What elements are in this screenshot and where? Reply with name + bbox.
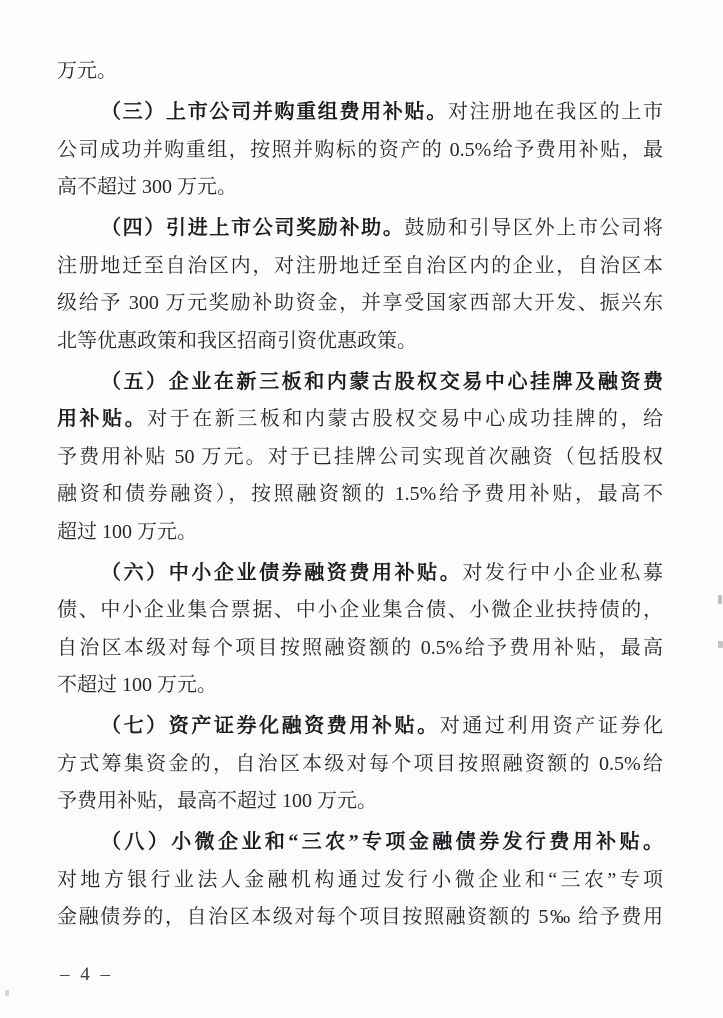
body-text: 级给予 300 万元奖励补助资金，并享受国家西部大开发、振兴东 <box>57 292 663 314</box>
scan-artifact <box>5 990 9 996</box>
text-line: 级给予 300 万元奖励补助资金，并享受国家西部大开发、振兴东 <box>57 285 663 323</box>
text-line: 北等优惠政策和我区招商引资优惠政策。 <box>57 323 663 361</box>
section-heading-text: （七）资产证券化融资费用补贴。 <box>101 715 440 737</box>
section-heading-text: （八）小微企业和“三农”专项金融债券发行费用补贴。 <box>101 831 663 853</box>
body-text: 对发行中小企业私募 <box>462 562 663 584</box>
body-text: 债、中小企业集合票据、中小企业集合债、小微企业扶持债的， <box>57 599 663 621</box>
text-line: 用补贴。对于在新三板和内蒙古股权交易中心成功挂牌的，给 <box>57 401 663 439</box>
text-line: 不超过 100 万元。 <box>57 667 663 705</box>
text-line: 超过 100 万元。 <box>57 514 663 552</box>
section-heading-text: （四）引进上市公司奖励补助。 <box>101 217 405 239</box>
body-text: 公司成功并购重组，按照并购标的资产的 0.5%给予费用补贴，最 <box>57 139 663 161</box>
text-line: 公司成功并购重组，按照并购标的资产的 0.5%给予费用补贴，最 <box>57 132 663 170</box>
text-line: （五）企业在新三板和内蒙古股权交易中心挂牌及融资费 <box>57 364 663 402</box>
scan-artifact <box>718 595 722 604</box>
text-line: 融资和债券融资），按照融资额的 1.5%给予费用补贴，最高不 <box>57 476 663 514</box>
body-text: 万元。 <box>57 60 117 82</box>
body-text: 鼓励和引导区外上市公司将 <box>405 217 663 239</box>
text-line: （六）中小企业债券融资费用补贴。对发行中小企业私募 <box>57 555 663 593</box>
scanned-document: { "page": { "footer": { "page_number": "… <box>0 0 723 1018</box>
body-text: 高不超过 300 万元。 <box>57 176 237 198</box>
text-line: 注册地迁至自治区内，对注册地迁至自治区内的企业，自治区本 <box>57 248 663 286</box>
document-page: 万元。（三）上市公司并购重组费用补贴。对注册地在我区的上市公司成功并购重组，按照… <box>0 0 723 1018</box>
body-text: 对于在新三板和内蒙古股权交易中心成功挂牌的，给 <box>147 408 663 430</box>
text-line: 万元。 <box>57 53 663 91</box>
body-text: 金融债券的，自治区本级对每个项目按照融资额的 5‰ 给予费用 <box>57 906 663 928</box>
text-line: 予费用补贴 50 万元。对于已挂牌公司实现首次融资（包括股权 <box>57 439 663 477</box>
body-text: 自治区本级对每个项目按照融资额的 0.5%给予费用补贴，最高 <box>57 637 663 659</box>
text-line: 金融债券的，自治区本级对每个项目按照融资额的 5‰ 给予费用 <box>57 899 663 937</box>
text-line: （七）资产证券化融资费用补贴。对通过利用资产证券化 <box>57 708 663 746</box>
text-line: （八）小微企业和“三农”专项金融债券发行费用补贴。 <box>57 824 663 862</box>
text-line: 对地方银行业法人金融机构通过发行小微企业和“三农”专项 <box>57 862 663 900</box>
body-text: 融资和债券融资），按照融资额的 1.5%给予费用补贴，最高不 <box>57 483 663 505</box>
body-text: 方式筹集资金的，自治区本级对每个项目按照融资额的 0.5%给 <box>57 753 663 775</box>
text-line: 自治区本级对每个项目按照融资额的 0.5%给予费用补贴，最高 <box>57 630 663 668</box>
body-text: 注册地迁至自治区内，对注册地迁至自治区内的企业，自治区本 <box>57 255 663 277</box>
section-heading-text: （五）企业在新三板和内蒙古股权交易中心挂牌及融资费 <box>101 371 663 393</box>
document-text-block: 万元。（三）上市公司并购重组费用补贴。对注册地在我区的上市公司成功并购重组，按照… <box>57 53 663 937</box>
section-heading-text: 用补贴。 <box>57 408 147 430</box>
text-line: （三）上市公司并购重组费用补贴。对注册地在我区的上市 <box>57 94 663 132</box>
text-line: 予费用补贴，最高不超过 100 万元。 <box>57 783 663 821</box>
body-text: 超过 100 万元。 <box>57 521 197 543</box>
text-line: （四）引进上市公司奖励补助。鼓励和引导区外上市公司将 <box>57 210 663 248</box>
body-text: 对注册地在我区的上市 <box>448 101 663 123</box>
body-text: 对通过利用资产证券化 <box>440 715 663 737</box>
body-text: 予费用补贴，最高不超过 100 万元。 <box>57 790 377 812</box>
scan-artifact <box>718 641 723 648</box>
body-text: 予费用补贴 50 万元。对于已挂牌公司实现首次融资（包括股权 <box>57 446 663 468</box>
body-text: 不超过 100 万元。 <box>57 674 217 696</box>
section-heading-text: （三）上市公司并购重组费用补贴。 <box>101 101 448 123</box>
text-line: 方式筹集资金的，自治区本级对每个项目按照融资额的 0.5%给 <box>57 746 663 784</box>
body-text: 对地方银行业法人金融机构通过发行小微企业和“三农”专项 <box>57 869 663 891</box>
body-text: 北等优惠政策和我区招商引资优惠政策。 <box>57 330 417 352</box>
page-number: – 4 – <box>60 964 113 986</box>
section-heading-text: （六）中小企业债券融资费用补贴。 <box>101 562 462 584</box>
text-line: 债、中小企业集合票据、中小企业集合债、小微企业扶持债的， <box>57 592 663 630</box>
text-line: 高不超过 300 万元。 <box>57 169 663 207</box>
